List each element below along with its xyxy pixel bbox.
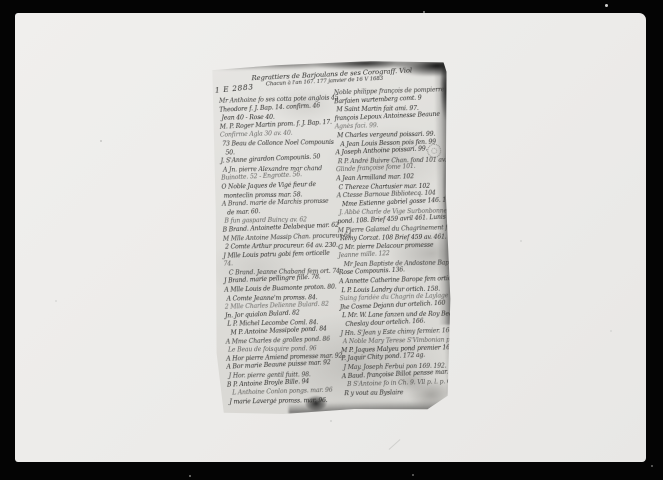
mat-speck (520, 240, 522, 242)
backdrop-speck (651, 465, 653, 467)
backdrop-speck (605, 4, 608, 7)
photo-of-archival-manuscript: { "cote": "1 E 2883", "header": { "line1… (0, 0, 663, 480)
manuscript-page: 1 E 2883 Regrattiers de Barjoulans de se… (209, 60, 453, 417)
mat-speck (330, 420, 332, 422)
mat-speck (610, 330, 612, 332)
mat-speck (55, 300, 57, 302)
white-mat-sheet: 1 E 2883 Regrattiers de Barjoulans de se… (15, 13, 646, 462)
index-column-left: Mr Anthoine fo ses cotta pote anglois 45… (219, 94, 346, 407)
manuscript-line: J marie Lavergé promss. mar. 96. (229, 397, 345, 407)
mat-speck (100, 140, 102, 142)
mat-scratch (389, 439, 401, 450)
handwritten-index: Mr Anthoine fo ses cotta pote anglois 45… (220, 87, 451, 414)
backdrop-speck (189, 475, 191, 477)
index-column-right: Noble philippe françois de pompierre 9Ba… (334, 86, 465, 399)
page-header: Regrattiers de Barjoulans de ses Corogra… (251, 65, 437, 89)
manuscript-line: R y vout au Byslaire (344, 388, 464, 398)
stain-left-edge (209, 110, 217, 240)
backdrop-speck (423, 11, 425, 13)
backdrop-speck (412, 474, 414, 476)
